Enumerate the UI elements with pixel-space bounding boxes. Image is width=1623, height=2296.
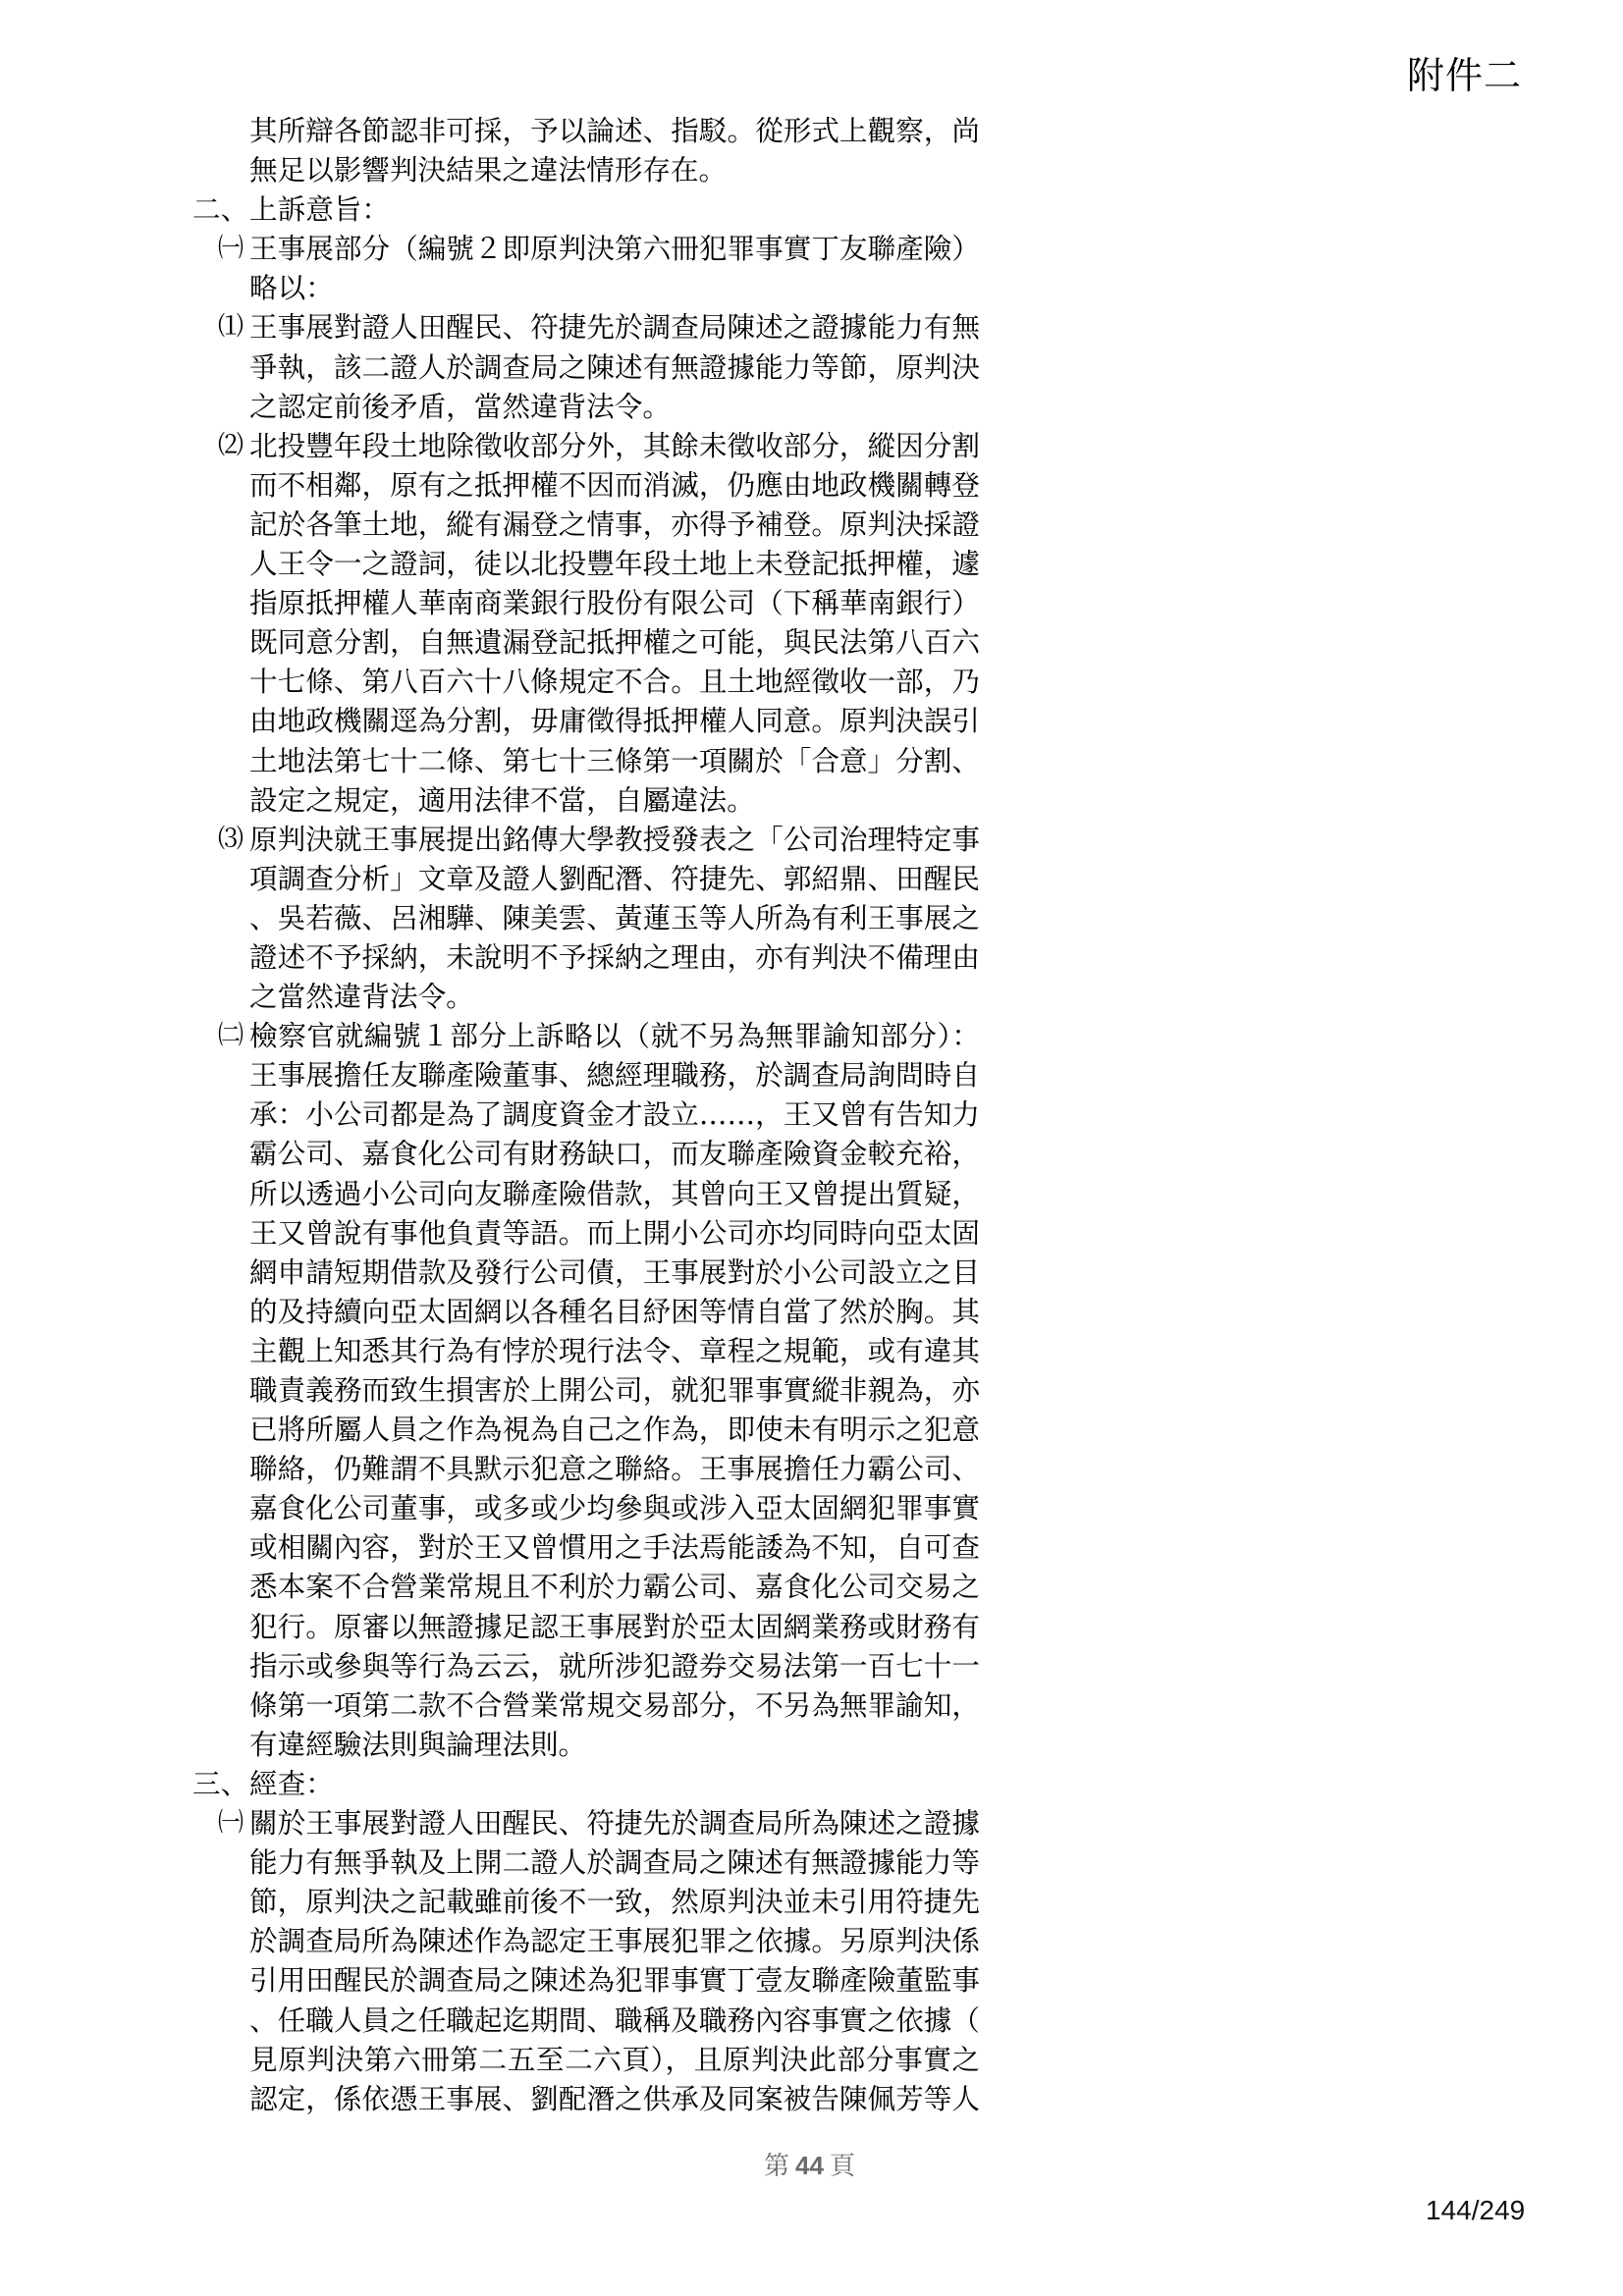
line-text: 而不相鄰，原有之抵押權不因而消滅，仍應由地政機關轉登: [249, 465, 980, 505]
list-item-marker-line: ㈠ 關於王事展對證人田醒民、符捷先於調查局所為陳述之證據: [192, 1803, 998, 1842]
line-text: 聯絡，仍難謂不具默示犯意之聯絡。王事展擔任力霸公司、: [249, 1449, 980, 1488]
page-number-prefix: 第: [764, 2152, 789, 2181]
body-line: 其所辯各節認非可採，予以論述、指駁。從形式上觀察，尚: [192, 111, 998, 150]
line-text: 設定之規定，適用法律不當，自屬違法。: [249, 780, 980, 820]
sub-item-marker-line: ⑴ 王事展對證人田醒民、符捷先於調查局陳述之證據能力有無: [192, 307, 998, 347]
sub-item-marker-line: ⑵ 北投豐年段土地除徵收部分外，其餘未徵收部分，縱因分割: [192, 426, 998, 465]
body-line: 承：小公司都是為了調度資金才設立……，王又曾有告知力: [192, 1095, 998, 1134]
body-line: 而不相鄰，原有之抵押權不因而消滅，仍應由地政機關轉登: [192, 465, 998, 505]
line-text: 有違經驗法則與論理法則。: [249, 1725, 980, 1764]
line-text: 犯行。原審以無證據足認王事展對於亞太固網業務或財務有: [249, 1607, 980, 1646]
sub-item-marker-line: ⑶ 原判決就王事展提出銘傳大學教授發表之「公司治理特定事: [192, 820, 998, 859]
line-text: 節，原判決之記載雖前後不一致，然原判決並未引用符捷先: [249, 1882, 980, 1921]
line-text: 指示或參與等行為云云，就所涉犯證券交易法第一百七十一: [249, 1646, 980, 1685]
body-line: 主觀上知悉其行為有悖於現行法令、章程之規範，或有違其: [192, 1331, 998, 1370]
body-line: 霸公司、嘉食化公司有財務缺口，而友聯產險資金較充裕，: [192, 1134, 998, 1173]
line-text: 既同意分割，自無遺漏登記抵押權之可能，與民法第八百六: [249, 622, 980, 662]
line-text: 之當然違背法令。: [249, 977, 980, 1016]
body-line: 所以透過小公司向友聯產險借款，其曾向王又曾提出質疑，: [192, 1174, 998, 1213]
line-text: 指原抵押權人華南商業銀行股份有限公司（下稱華南銀行）: [249, 583, 980, 622]
line-text: 、吳若薇、呂湘驊、陳美雲、黃蓮玉等人所為有利王事展之: [249, 898, 980, 937]
body-line: 悉本案不合營業常規且不利於力霸公司、嘉食化公司交易之: [192, 1567, 998, 1606]
body-line: 王事展擔任友聯產險董事、總經理職務，於調查局詢問時自: [192, 1055, 998, 1095]
item-marker: ㈠: [218, 229, 243, 268]
body-line: 於調查局所為陳述作為認定王事展犯罪之依據。另原判決係: [192, 1921, 998, 1960]
line-text: 由地政機關逕為分割，毋庸徵得抵押權人同意。原判決誤引: [249, 701, 980, 740]
attachment-label: 附件二: [1407, 51, 1522, 100]
body-line: 人王令一之證詞，徒以北投豐年段土地上未登記抵押權，遽: [192, 544, 998, 583]
body-line: 略以：: [192, 268, 998, 307]
line-text: 王事展對證人田醒民、符捷先於調查局陳述之證據能力有無: [249, 307, 980, 347]
section-heading-appeal: 二、 上訴意旨：: [192, 189, 998, 229]
line-text: 檢察官就編號１部分上訴略以（就不另為無罪諭知部分）：: [249, 1016, 980, 1055]
line-text: 略以：: [249, 268, 980, 307]
section-title: 上訴意旨：: [249, 189, 980, 229]
body-line: 節，原判決之記載雖前後不一致，然原判決並未引用符捷先: [192, 1882, 998, 1921]
body-line: 由地政機關逕為分割，毋庸徵得抵押權人同意。原判決誤引: [192, 701, 998, 740]
document-body: 其所辯各節認非可採，予以論述、指駁。從形式上觀察，尚 無足以影響判決結果之違法情…: [192, 111, 998, 2118]
line-text: 網申請短期借款及發行公司債，王事展對於小公司設立之目: [249, 1253, 980, 1292]
page-number: 44: [795, 2151, 824, 2180]
body-line: 土地法第七十二條、第七十三條第一項關於「合意」分割、: [192, 741, 998, 780]
sub-item-marker: ⑵: [218, 426, 243, 465]
pdf-page-counter: 144/249: [1426, 2193, 1525, 2228]
body-line: 嘉食化公司董事，或多或少均參與或涉入亞太固網犯罪事實: [192, 1488, 998, 1527]
body-line: 設定之規定，適用法律不當，自屬違法。: [192, 780, 998, 820]
body-line: 或相關內容，對於王又曾慣用之手法焉能諉為不知，自可查: [192, 1527, 998, 1567]
list-item-marker-line: ㈠ 王事展部分（編號２即原判決第六冊犯罪事實丁友聯產險）: [192, 229, 998, 268]
page-number-suffix: 頁: [830, 2152, 855, 2181]
line-text: 職責義務而致生損害於上開公司，就犯罪事實縱非親為，亦: [249, 1370, 980, 1410]
line-text: 、任職人員之任職起迄期間、職稱及職務內容事實之依據（: [249, 2001, 980, 2040]
body-line: 引用田醒民於調查局之陳述為犯罪事實丁壹友聯產險董監事: [192, 1960, 998, 2000]
line-text: 土地法第七十二條、第七十三條第一項關於「合意」分割、: [249, 741, 980, 780]
body-line: 記於各筆土地，縱有漏登之情事，亦得予補登。原判決採證: [192, 505, 998, 544]
line-text: 已將所屬人員之作為視為自己之作為，即使未有明示之犯意: [249, 1410, 980, 1449]
body-line: 之認定前後矛盾，當然違背法令。: [192, 387, 998, 426]
line-text: 主觀上知悉其行為有悖於現行法令、章程之規範，或有違其: [249, 1331, 980, 1370]
body-line: 王又曾說有事他負責等語。而上開小公司亦均同時向亞太固: [192, 1213, 998, 1253]
body-line: 項調查分析」文章及證人劉配潛、符捷先、郭紹鼎、田醒民: [192, 859, 998, 898]
line-text: 能力有無爭執及上開二證人於調查局之陳述有無證據能力等: [249, 1842, 980, 1882]
body-line: 網申請短期借款及發行公司債，王事展對於小公司設立之目: [192, 1253, 998, 1292]
list-item-marker-line: ㈡ 檢察官就編號１部分上訴略以（就不另為無罪諭知部分）：: [192, 1016, 998, 1055]
line-text: 原判決就王事展提出銘傳大學教授發表之「公司治理特定事: [249, 820, 980, 859]
body-line: 見原判決第六冊第二五至二六頁），且原判決此部分事實之: [192, 2040, 998, 2079]
line-text: 項調查分析」文章及證人劉配潛、符捷先、郭紹鼎、田醒民: [249, 859, 980, 898]
line-text: 王事展擔任友聯產險董事、總經理職務，於調查局詢問時自: [249, 1055, 980, 1095]
line-text: 悉本案不合營業常規且不利於力霸公司、嘉食化公司交易之: [249, 1567, 980, 1606]
body-line: 職責義務而致生損害於上開公司，就犯罪事實縱非親為，亦: [192, 1370, 998, 1410]
body-line: 能力有無爭執及上開二證人於調查局之陳述有無證據能力等: [192, 1842, 998, 1882]
body-line: 爭執，該二證人於調查局之陳述有無證據能力等節，原判決: [192, 347, 998, 387]
body-line: 的及持續向亞太固網以各種名目紓困等情自當了然於胸。其: [192, 1292, 998, 1331]
section-marker: 二、: [192, 189, 248, 229]
line-text: 王事展部分（編號２即原判決第六冊犯罪事實丁友聯產險）: [249, 229, 980, 268]
body-line: 認定，係依憑王事展、劉配潛之供承及同案被告陳佩芳等人: [192, 2079, 998, 2118]
line-text: 十七條、第八百六十八條規定不合。且土地經徵收一部，乃: [249, 662, 980, 701]
body-line: 有違經驗法則與論理法則。: [192, 1725, 998, 1764]
line-text: 於調查局所為陳述作為認定王事展犯罪之依據。另原判決係: [249, 1921, 980, 1960]
line-text: 的及持續向亞太固網以各種名目紓困等情自當了然於胸。其: [249, 1292, 980, 1331]
line-text: 關於王事展對證人田醒民、符捷先於調查局所為陳述之證據: [249, 1803, 980, 1842]
line-text: 其所辯各節認非可採，予以論述、指駁。從形式上觀察，尚: [249, 111, 980, 150]
sub-item-marker: ⑶: [218, 820, 243, 859]
line-text: 見原判決第六冊第二五至二六頁），且原判決此部分事實之: [249, 2040, 980, 2079]
body-line: 無足以影響判決結果之違法情形存在。: [192, 150, 998, 189]
line-text: 王又曾說有事他負責等語。而上開小公司亦均同時向亞太固: [249, 1213, 980, 1253]
section-title: 經查：: [249, 1764, 980, 1803]
item-marker: ㈠: [218, 1803, 243, 1842]
line-text: 或相關內容，對於王又曾慣用之手法焉能諉為不知，自可查: [249, 1527, 980, 1567]
line-text: 嘉食化公司董事，或多或少均參與或涉入亞太固網犯罪事實: [249, 1488, 980, 1527]
document-page: 附件二 其所辯各節認非可採，予以論述、指駁。從形式上觀察，尚 無足以影響判決結果…: [0, 0, 1623, 2296]
line-text: 爭執，該二證人於調查局之陳述有無證據能力等節，原判決: [249, 347, 980, 387]
body-line: 條第一項第二款不合營業常規交易部分，不另為無罪諭知，: [192, 1685, 998, 1725]
body-line: 已將所屬人員之作為視為自己之作為，即使未有明示之犯意: [192, 1410, 998, 1449]
body-line: 犯行。原審以無證據足認王事展對於亞太固網業務或財務有: [192, 1607, 998, 1646]
body-line: 十七條、第八百六十八條規定不合。且土地經徵收一部，乃: [192, 662, 998, 701]
line-text: 無足以影響判決結果之違法情形存在。: [249, 150, 980, 189]
line-text: 北投豐年段土地除徵收部分外，其餘未徵收部分，縱因分割: [249, 426, 980, 465]
page-number-footer: 第44頁: [764, 2150, 855, 2182]
body-line: 既同意分割，自無遺漏登記抵押權之可能，與民法第八百六: [192, 622, 998, 662]
body-line: 指示或參與等行為云云，就所涉犯證券交易法第一百七十一: [192, 1646, 998, 1685]
line-text: 條第一項第二款不合營業常規交易部分，不另為無罪諭知，: [249, 1685, 980, 1725]
sub-item-marker: ⑴: [218, 307, 243, 347]
line-text: 霸公司、嘉食化公司有財務缺口，而友聯產險資金較充裕，: [249, 1134, 980, 1173]
section-marker: 三、: [192, 1764, 248, 1803]
section-heading-findings: 三、 經查：: [192, 1764, 998, 1803]
line-text: 承：小公司都是為了調度資金才設立……，王又曾有告知力: [249, 1095, 980, 1134]
body-line: 聯絡，仍難謂不具默示犯意之聯絡。王事展擔任力霸公司、: [192, 1449, 998, 1488]
line-text: 之認定前後矛盾，當然違背法令。: [249, 387, 980, 426]
line-text: 記於各筆土地，縱有漏登之情事，亦得予補登。原判決採證: [249, 505, 980, 544]
body-line: 、吳若薇、呂湘驊、陳美雲、黃蓮玉等人所為有利王事展之: [192, 898, 998, 937]
line-text: 人王令一之證詞，徒以北投豐年段土地上未登記抵押權，遽: [249, 544, 980, 583]
item-marker: ㈡: [218, 1016, 243, 1055]
line-text: 認定，係依憑王事展、劉配潛之供承及同案被告陳佩芳等人: [249, 2079, 980, 2118]
line-text: 證述不予採納，未說明不予採納之理由，亦有判決不備理由: [249, 937, 980, 977]
line-text: 引用田醒民於調查局之陳述為犯罪事實丁壹友聯產險董監事: [249, 1960, 980, 2000]
line-text: 所以透過小公司向友聯產險借款，其曾向王又曾提出質疑，: [249, 1174, 980, 1213]
body-line: 證述不予採納，未說明不予採納之理由，亦有判決不備理由: [192, 937, 998, 977]
body-line: 之當然違背法令。: [192, 977, 998, 1016]
body-line: 指原抵押權人華南商業銀行股份有限公司（下稱華南銀行）: [192, 583, 998, 622]
body-line: 、任職人員之任職起迄期間、職稱及職務內容事實之依據（: [192, 2001, 998, 2040]
